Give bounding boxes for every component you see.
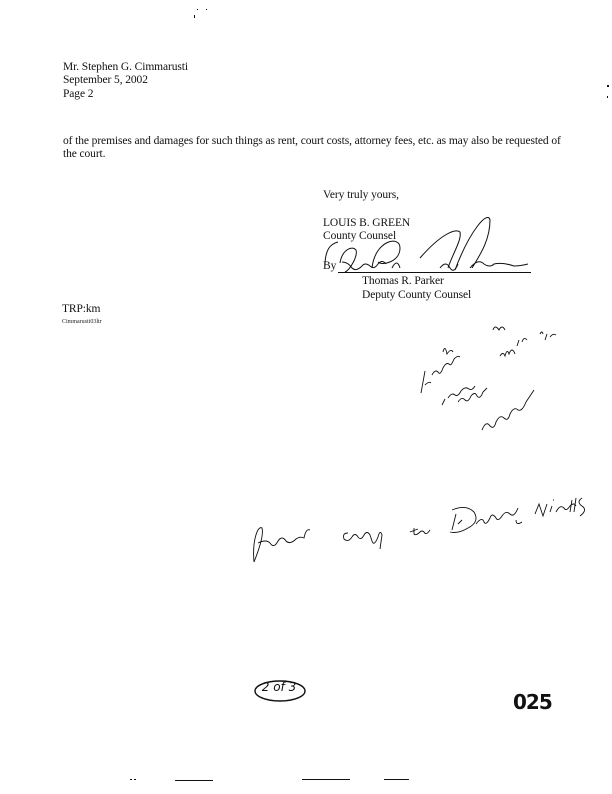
facsimile-note-icon xyxy=(254,498,585,562)
bates-number: 025 xyxy=(513,690,552,714)
footer-rule xyxy=(175,780,213,781)
scan-specks xyxy=(194,9,609,98)
signature-icon xyxy=(325,217,528,272)
footer-rule xyxy=(302,779,350,780)
handwritten-marks xyxy=(0,0,612,794)
margin-note-icon xyxy=(421,327,556,430)
footer-speck xyxy=(130,779,132,780)
footer-rule xyxy=(384,779,409,780)
footer-speck xyxy=(134,779,136,780)
page-count: 2 of 3 xyxy=(254,680,304,694)
